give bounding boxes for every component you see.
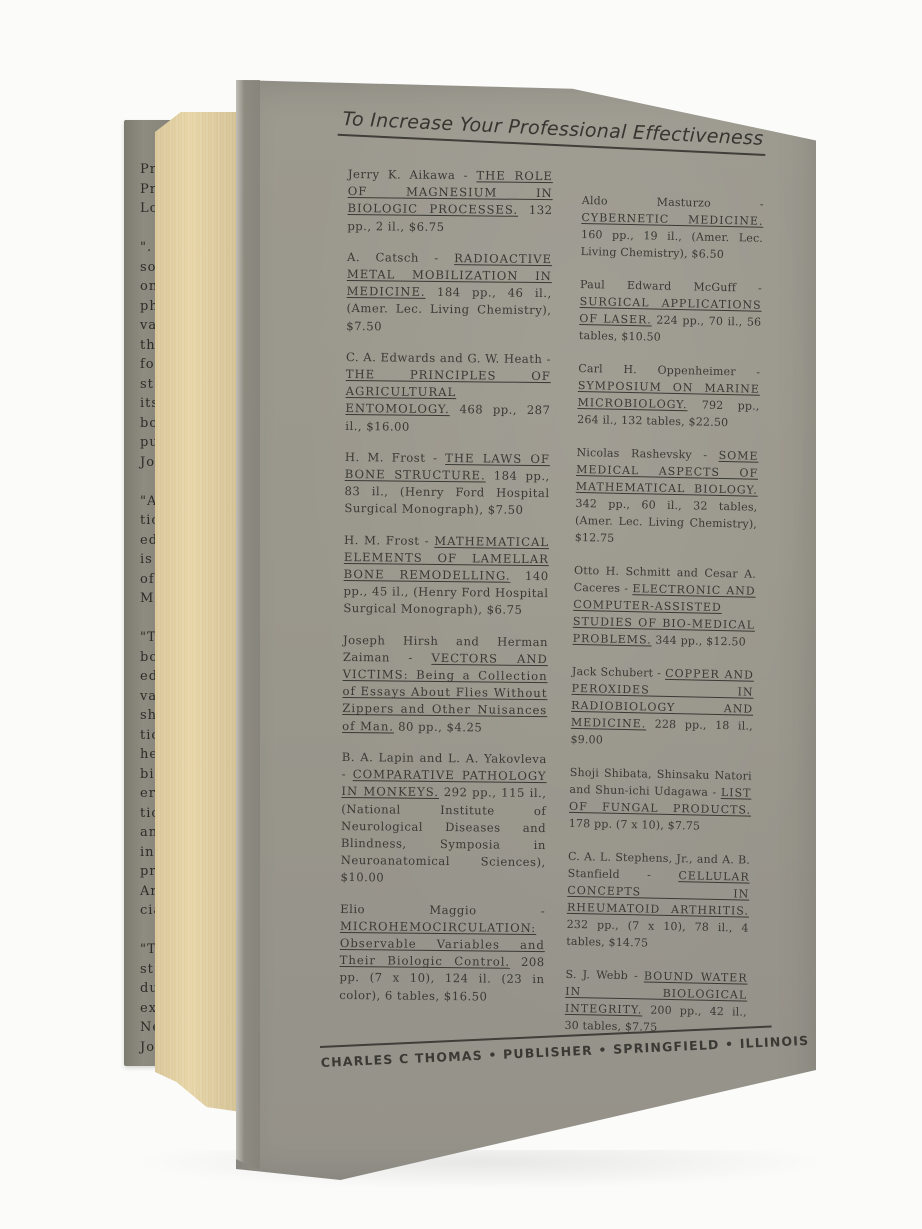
book-listing: C. A. L. Stephens, Jr., and A. B. Stanfi…	[566, 848, 750, 954]
page-edges	[155, 112, 241, 1112]
book-author: C. A. Edwards and G. W. Heath -	[346, 350, 551, 366]
book-listing: Nicolas Rashevsky - SOME MEDICAL ASPECTS…	[575, 444, 759, 550]
book-details: 232 pp., (7 x 10), 78 il., 4 tables, $14…	[566, 918, 749, 950]
book-author: Aldo Masturzo -	[582, 194, 764, 211]
book-listing: Joseph Hirsh and Herman Zaiman - VECTORS…	[342, 632, 548, 737]
floor-shadow	[130, 1150, 830, 1190]
book-author: H. M. Frost -	[345, 450, 445, 465]
book-details: 178 pp. (7 x 10), $7.75	[569, 817, 701, 833]
book-listing: Jerry K. Aikawa - THE ROLE OF MAGNESIUM …	[347, 166, 553, 237]
book-details: 342 pp., 60 il., 32 tables, (Amer. Lec. …	[575, 497, 758, 545]
book-listing: Carl H. Oppenheimer - SYMPOSIUM ON MARIN…	[577, 360, 760, 432]
book-author: Nicolas Rashevsky -	[576, 446, 718, 462]
book-listing: H. M. Frost - THE LAWS OF BONE STRUCTURE…	[344, 449, 550, 520]
book-author: Jerry K. Aikawa -	[348, 167, 477, 182]
book-details: 344 pp., $12.50	[652, 634, 747, 649]
book-author: H. M. Frost -	[344, 533, 434, 548]
book-author: A. Catsch -	[347, 250, 454, 265]
book-listing: Paul Edward McGuff - SURGICAL APPLICATIO…	[579, 276, 762, 348]
book-listing: Otto H. Schmitt and Cesar A. Caceres - E…	[572, 562, 756, 651]
book-author: Jack Schubert -	[572, 665, 666, 680]
book-author: S. J. Webb -	[565, 968, 644, 983]
book-author: Carl H. Oppenheimer -	[578, 362, 760, 379]
book-listing: Jack Schubert - COPPER AND PEROXIDES IN …	[570, 663, 754, 752]
book-details: 80 pp., $4.25	[394, 719, 482, 734]
cover-hinge	[236, 80, 260, 1170]
book-listing: A. Catsch - RADIOACTIVE METAL MOBILIZATI…	[346, 249, 552, 337]
book-listing: H. M. Frost - MATHEMATICAL ELEMENTS OF L…	[343, 532, 549, 620]
book-photo: Pr Pr Lo ". so on ph va th fo st its bo …	[0, 0, 922, 1229]
book-details: 160 pp., 19 il., (Amer. Lec. Living Chem…	[581, 228, 764, 261]
book-details: 292 pp., 115 il., (National Institute of…	[340, 785, 546, 884]
book-list-right: Aldo Masturzo - CYBERNETIC MEDICINE. 160…	[564, 192, 764, 1054]
book-author: Elio Maggio -	[340, 901, 545, 917]
book-listing: Shoji Shibata, Shinsaku Natori and Shun-…	[569, 764, 752, 836]
book-title: CYBERNETIC MEDICINE.	[581, 211, 763, 228]
book-listing: B. A. Lapin and L. A. Yakovleva - COMPAR…	[340, 749, 546, 889]
book-list-left: Jerry K. Aikawa - THE ROLE OF MAGNESIUM …	[339, 166, 553, 1020]
book-author: Paul Edward McGuff -	[580, 278, 762, 295]
book-listing: Aldo Masturzo - CYBERNETIC MEDICINE. 160…	[581, 192, 764, 264]
book-listing: C. A. Edwards and G. W. Heath - THE PRIN…	[345, 349, 551, 437]
book-listing: Elio Maggio - MICROHEMOCIRCULATION: Obse…	[339, 900, 545, 1005]
